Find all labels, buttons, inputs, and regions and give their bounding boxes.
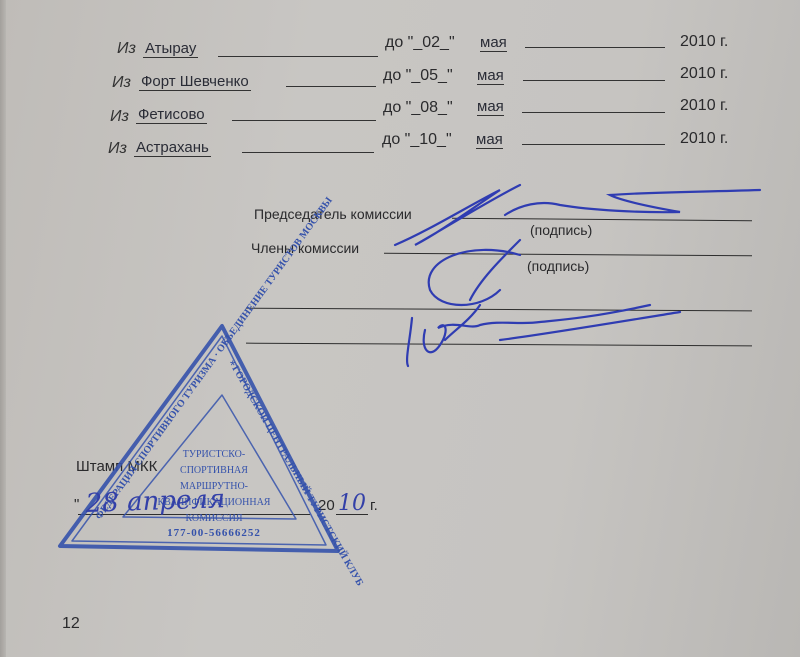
- from-label: Из: [108, 140, 127, 158]
- blank-line: [242, 136, 374, 153]
- members-label: Члены комиссии: [251, 240, 359, 256]
- from-label: Из: [112, 74, 131, 92]
- to-date: до "_10_": [382, 131, 452, 149]
- svg-text:МАРШРУТНО-: МАРШРУТНО-: [180, 481, 248, 492]
- to-date: до "_05_": [383, 67, 453, 85]
- month: мая: [477, 98, 504, 116]
- stamp-label: Штамп МКК: [76, 458, 157, 475]
- blank-line: [522, 96, 665, 113]
- document-page: Из Атырау до "_02_" мая 2010 г. Из Форт …: [0, 0, 800, 657]
- blank-line: [232, 104, 376, 121]
- signature-caption: (подпись): [530, 222, 592, 238]
- stamp-outer-right-text: ГОРОДСКОЙ ЦЕНТРАЛЬНЫЙ ТУРИСТСКИЙ КЛУБ: [229, 364, 366, 589]
- date-quote: ": [74, 496, 79, 513]
- signatures: [395, 185, 760, 366]
- member-signature-line: [384, 253, 752, 257]
- from-label: Из: [117, 40, 136, 58]
- year: 2010 г.: [680, 33, 728, 51]
- page-number: 12: [62, 615, 80, 633]
- stamp-star: *: [230, 357, 236, 373]
- member-signature-line: [246, 308, 752, 312]
- year: 2010 г.: [680, 97, 728, 115]
- month: мая: [480, 34, 507, 52]
- date-line: [78, 514, 310, 515]
- stamp-inner-text: ТУРИСТСКО-СПОРТИВНАЯМАРШРУТНО-КВАЛИФИКАЦ…: [158, 449, 271, 524]
- month: мая: [476, 131, 503, 149]
- year: 2010 г.: [680, 130, 728, 148]
- to-date: до "_08_": [383, 99, 453, 117]
- city-name: Атырау: [143, 40, 198, 58]
- blank-line: [522, 128, 665, 145]
- svg-text:10: 10: [338, 491, 366, 516]
- year-suffix: г.: [370, 497, 378, 514]
- city-name: Астрахань: [134, 139, 211, 157]
- to-date: до "_02_": [385, 34, 455, 52]
- blank-line: [286, 70, 376, 87]
- svg-text:КВАЛИФИКАЦИОННАЯ: КВАЛИФИКАЦИОННАЯ: [158, 497, 271, 508]
- svg-text:ТУРИСТСКО-: ТУРИСТСКО-: [183, 449, 245, 460]
- stamp-number: 177-00-56666252: [167, 527, 261, 539]
- blank-line: [523, 64, 665, 81]
- member-signature-line: [246, 343, 752, 347]
- city-name: Форт Шевченко: [139, 73, 251, 91]
- month: мая: [477, 67, 504, 85]
- chairman-label: Председатель комиссии: [254, 206, 412, 222]
- page-edge: [0, 0, 6, 657]
- city-name: Фетисово: [136, 106, 207, 124]
- year: 2010 г.: [680, 65, 728, 83]
- from-label: Из: [110, 108, 129, 126]
- signature-caption: (подпись): [527, 258, 589, 274]
- blank-line: [525, 31, 665, 48]
- year-line: [336, 514, 368, 515]
- year-prefix: 20: [318, 497, 335, 514]
- svg-text:СПОРТИВНАЯ: СПОРТИВНАЯ: [180, 465, 248, 476]
- blank-line: [218, 40, 378, 57]
- chairman-signature-line: [452, 218, 752, 222]
